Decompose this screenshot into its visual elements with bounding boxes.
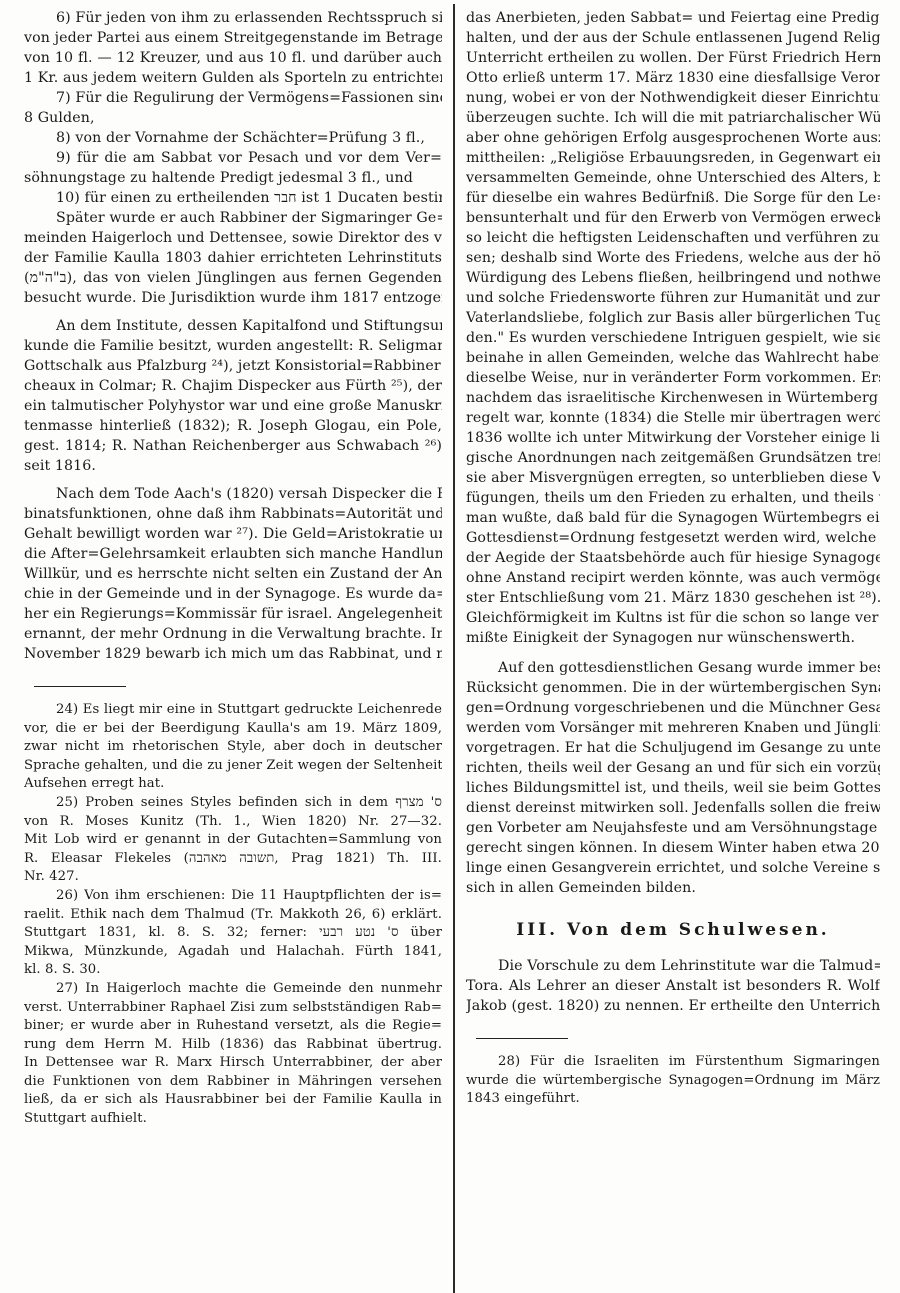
text-line: Gleichförmigkeit im Kultns ist für die s… [466,608,880,628]
text-line: 27) In Haigerloch machte die Gemeinde de… [24,980,442,999]
text-line: mittheilen: „Religiöse Erbauungsreden, i… [466,148,880,168]
text-line: der Aegide der Staatsbehörde auch für hi… [466,548,880,568]
text-line: das Anerbieten, jeden Sabbat= und Feiert… [466,8,880,28]
text-line: gen Vorbeter am Neujahsfeste und am Vers… [466,818,880,838]
column-divider [453,4,455,1293]
text-line: mißte Einigkeit der Synagogen nur wünsch… [466,628,880,648]
text-line: 1836 wollte ich unter Mitwirkung der Vor… [466,428,880,448]
text-line: beinahe in allen Gemeinden, welche das W… [466,348,880,368]
text-line: sie aber Misvergnügen erregten, so unter… [466,468,880,488]
text-line: Auf den gottesdienstlichen Gesang wurde … [466,658,880,678]
text-line: Gottschalk aus Pfalzburg ²⁴), jetzt Kons… [24,356,442,376]
text-line: man wußte, daß bald für die Synagogen Wü… [466,508,880,528]
text-line: werden vom Vorsänger mit mehreren Knaben… [466,718,880,738]
text-line: Gehalt bewilligt worden war ²⁷). Die Gel… [24,524,442,544]
text-line: 28) Für die Israeliten im Fürstenthum Si… [466,1053,880,1072]
text-line: ohne Anstand recipirt werden könnte, was… [466,568,880,588]
text-line: seit 1816. [24,456,442,476]
text-line: der Familie Kaulla 1803 dahier errichtet… [24,248,442,268]
text-line: sen; deshalb sind Worte des Friedens, we… [466,248,880,268]
text-line: linge einen Gesangverein errichtet, und … [466,858,880,878]
text-line: den." Es wurden verschiedene Intriguen g… [466,328,880,348]
text-line: meinden Haigerloch und Dettensee, sowie … [24,228,442,248]
text-line: An dem Institute, dessen Kapitalfond und… [24,316,442,336]
text-line: vor, die er bei der Beerdigung Kaulla's … [24,720,442,739]
text-line: cheaux in Colmar; R. Chajim Dispecker au… [24,376,442,396]
text-line: 1843 eingeführt. [466,1090,880,1109]
right-column: das Anerbieten, jeden Sabbat= und Feiert… [466,8,880,1109]
text-line: gest. 1814; R. Nathan Reichenberger aus … [24,436,442,456]
text-line: her ein Regierungs=Kommissär für israel.… [24,604,442,624]
text-line: Unterricht ertheilen zu wollen. Der Fürs… [466,48,880,68]
text-line: raelit. Ethik nach dem Thalmud (Tr. Makk… [24,906,442,925]
text-line: von jeder Partei aus einem Streitgegenst… [24,28,442,48]
text-line: dienst dereinst mitwirken soll. Jedenfal… [466,798,880,818]
text-line: regelt war, konnte (1834) die Stelle mir… [466,408,880,428]
text-line: Vaterlandsliebe, folglich zur Basis alle… [466,308,880,328]
text-line: 9) für die am Sabbat vor Pesach und vor … [24,148,442,168]
text-line: Nr. 427. [24,868,442,887]
text-line: November 1829 bewarb ich mich um das Rab… [24,644,442,664]
text-line: kunde die Familie besitzt, wurden angest… [24,336,442,356]
text-line: ernannt, der mehr Ordnung in die Verwalt… [24,624,442,644]
text-line: dieselbe Weise, nur in veränderter Form … [466,368,880,388]
text-line: so leicht die heftigsten Leidenschaften … [466,228,880,248]
text-line: R. Eleasar Flekeles (תשובה מאהבה, Prag 1… [24,850,442,869]
text-line: 26) Von ihm erschienen: Die 11 Hauptpfli… [24,887,442,906]
text-line: binatsfunktionen, ohne daß ihm Rabbinats… [24,504,442,524]
text-line: biner; er wurde aber in Ruhestand verset… [24,1017,442,1036]
document-page: 6) Für jeden von ihm zu erlassenden Rech… [0,0,900,1293]
text-line: Sprache gehalten, und die zu jener Zeit … [24,757,442,776]
text-line: ein talmutischer Polyhystor war und eine… [24,396,442,416]
text-line: sich in allen Gemeinden bilden. [466,878,880,898]
text-line: Stuttgart 1831, kl. 8. S. 32; ferner: ס'… [24,924,442,943]
text-line: von R. Moses Kunitz (Th. 1., Wien 1820) … [24,813,442,832]
text-line: ließ, da er sich als Hausrabbiner bei de… [24,1091,442,1110]
text-line: bensunterhalt und für den Erwerb von Ver… [466,208,880,228]
footnote-separator [34,686,126,687]
text-line: 1 Kr. aus jedem weitern Gulden als Sport… [24,68,442,88]
text-line: (ב"ה"מ), das von vielen Jünglingen aus f… [24,268,442,288]
text-line: die Funktionen von dem Rabbiner in Mähri… [24,1073,442,1092]
text-line: Nach dem Tode Aach's (1820) versah Dispe… [24,484,442,504]
text-line: versammelten Gemeinde, ohne Unterschied … [466,168,880,188]
text-line: Mit Lob wird er genannt in der Gutachten… [24,831,442,850]
text-line: 24) Es liegt mir eine in Stuttgart gedru… [24,701,442,720]
text-line: nung, wobei er von der Nothwendigkeit di… [466,88,880,108]
text-line: besucht wurde. Die Jurisdiktion wurde ih… [24,288,442,308]
text-line: Später wurde er auch Rabbiner der Sigmar… [24,208,442,228]
section-heading: III. Von dem Schulwesen. [466,918,880,942]
text-line: rung dem Herrn M. Hilb (1836) das Rabbin… [24,1036,442,1055]
footnote-separator [476,1038,568,1039]
text-line: gerecht singen können. In diesem Winter … [466,838,880,858]
text-line: von 10 fl. — 12 Kreuzer, und aus 10 fl. … [24,48,442,68]
text-line: gische Anordnungen nach zeitgemäßen Grun… [466,448,880,468]
text-line: 7) Für die Regulirung der Vermögens=Fass… [24,88,442,108]
right-main-text: das Anerbieten, jeden Sabbat= und Feiert… [466,8,880,898]
text-line: Die Vorschule zu dem Lehrinstitute war d… [466,956,880,976]
text-line: gen=Ordnung vorgeschriebenen und die Mün… [466,698,880,718]
text-line: Jakob (gest. 1820) zu nennen. Er ertheil… [466,996,880,1016]
text-line: liches Bildungsmittel ist, und theils, w… [466,778,880,798]
text-line: die After=Gelehrsamkeit erlaubten sich m… [24,544,442,564]
text-line: richten, theils weil der Gesang an und f… [466,758,880,778]
text-line: 8 Gulden, [24,108,442,128]
text-line: chie in der Gemeinde und in der Synagoge… [24,584,442,604]
left-main-text: 6) Für jeden von ihm zu erlassenden Rech… [24,8,442,664]
text-line: Aufsehen erregt hat. [24,775,442,794]
text-line: wurde die würtembergische Synagogen=Ordn… [466,1072,880,1091]
text-line: Stuttgart aufhielt. [24,1110,442,1129]
text-line: und solche Friedensworte führen zur Huma… [466,288,880,308]
text-line: halten, und der aus der Schule entlassen… [466,28,880,48]
text-line: nachdem das israelitische Kirchenwesen i… [466,388,880,408]
text-line: fügungen, theils um den Frieden zu erhal… [466,488,880,508]
text-line: ster Entschließung vom 21. März 1830 ges… [466,588,880,608]
text-line: Mikwa, Münzkunde, Agadah und Halachah. F… [24,943,442,962]
text-line: für dieselbe ein wahres Bedürfniß. Die S… [466,188,880,208]
right-footnotes: 28) Für die Israeliten im Fürstenthum Si… [466,1053,880,1109]
text-line: 25) Proben seines Styles befinden sich i… [24,794,442,813]
text-line: In Dettensee war R. Marx Hirsch Unterrab… [24,1054,442,1073]
text-line: Würdigung des Lebens fließen, heilbringe… [466,268,880,288]
text-line: überzeugen suchte. Ich will die mit patr… [466,108,880,128]
text-line: 8) von der Vornahme der Schächter=Prüfun… [24,128,442,148]
text-line: tenmasse hinterließ (1832); R. Joseph Gl… [24,416,442,436]
text-line: Willkür, und es herrschte nicht selten e… [24,564,442,584]
text-line: Tora. Als Lehrer an dieser Anstalt ist b… [466,976,880,996]
text-line: Rücksicht genommen. Die in der würtember… [466,678,880,698]
text-line: 10) für einen zu ertheilenden חבר ist 1 … [24,188,442,208]
right-after-heading-text: Die Vorschule zu dem Lehrinstitute war d… [466,956,880,1016]
text-line: verst. Unterrabbiner Raphael Zisi zum se… [24,999,442,1018]
text-line: Otto erließ unterm 17. März 1830 eine di… [466,68,880,88]
text-line: aber ohne gehörigen Erfolg ausgesprochen… [466,128,880,148]
text-line: Gottesdienst=Ordnung festgesetzt werden … [466,528,880,548]
text-line: vorgetragen. Er hat die Schuljugend im G… [466,738,880,758]
left-footnotes: 24) Es liegt mir eine in Stuttgart gedru… [24,701,442,1129]
text-line: zwar nicht im rhetorischen Style, aber d… [24,738,442,757]
text-line: söhnungstage zu haltende Predigt jedesma… [24,168,442,188]
text-line: kl. 8. S. 30. [24,961,442,980]
left-column: 6) Für jeden von ihm zu erlassenden Rech… [24,8,442,1129]
text-line: 6) Für jeden von ihm zu erlassenden Rech… [24,8,442,28]
